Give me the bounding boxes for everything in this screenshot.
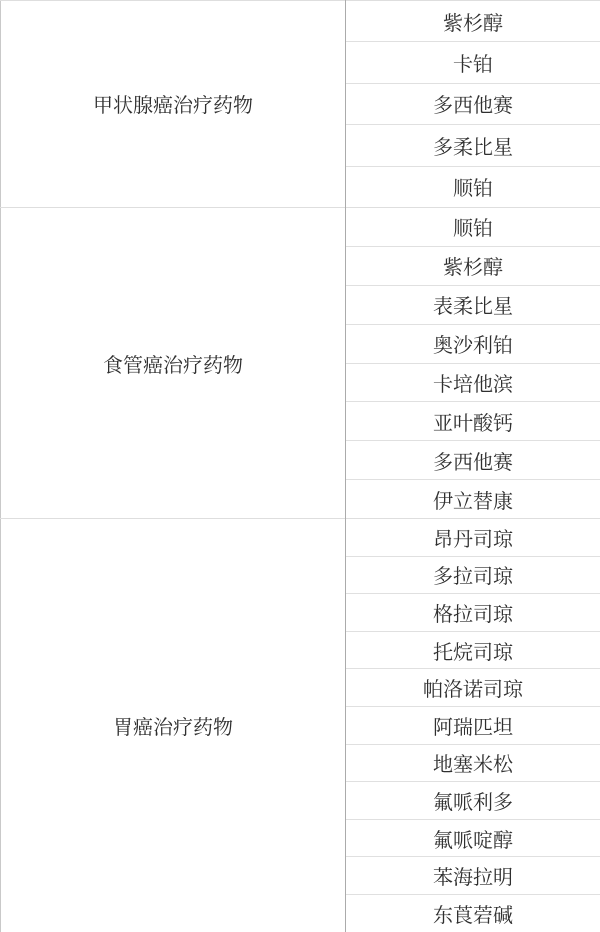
drug-cell: 紫杉醇 xyxy=(346,246,600,285)
drug-cell: 氟哌利多 xyxy=(346,782,600,820)
drug-cell: 阿瑞匹坦 xyxy=(346,707,600,745)
table-row: 食管癌治疗药物顺铂 xyxy=(1,207,600,246)
drug-cell: 顺铂 xyxy=(346,166,600,207)
drug-cell: 苯海拉明 xyxy=(346,857,600,895)
drug-cell: 卡培他滨 xyxy=(346,363,600,402)
drug-cell: 紫杉醇 xyxy=(346,1,600,42)
drug-cell: 卡铂 xyxy=(346,42,600,83)
drug-cell: 帕洛诺司琼 xyxy=(346,669,600,707)
category-cell: 胃癌治疗药物 xyxy=(1,519,346,932)
drug-cell: 表柔比星 xyxy=(346,285,600,324)
drug-cell: 氟哌啶醇 xyxy=(346,819,600,857)
drug-cell: 多西他赛 xyxy=(346,83,600,124)
drug-cell: 昂丹司琼 xyxy=(346,519,600,557)
category-cell: 甲状腺癌治疗药物 xyxy=(1,1,346,208)
drug-cell: 顺铂 xyxy=(346,207,600,246)
drug-cell: 多拉司琼 xyxy=(346,556,600,594)
drug-cell: 奥沙利铂 xyxy=(346,324,600,363)
drug-table-body: 甲状腺癌治疗药物紫杉醇卡铂多西他赛多柔比星顺铂食管癌治疗药物顺铂紫杉醇表柔比星奥… xyxy=(1,1,600,932)
drug-cell: 东莨菪碱 xyxy=(346,895,600,932)
table-row: 甲状腺癌治疗药物紫杉醇 xyxy=(1,1,600,42)
page: 甲状腺癌治疗药物紫杉醇卡铂多西他赛多柔比星顺铂食管癌治疗药物顺铂紫杉醇表柔比星奥… xyxy=(0,0,600,932)
drug-cell: 格拉司琼 xyxy=(346,594,600,632)
category-cell: 食管癌治疗药物 xyxy=(1,207,346,518)
drug-cell: 地塞米松 xyxy=(346,744,600,782)
drug-cell: 多柔比星 xyxy=(346,125,600,166)
drug-cell: 亚叶酸钙 xyxy=(346,402,600,441)
drug-table: 甲状腺癌治疗药物紫杉醇卡铂多西他赛多柔比星顺铂食管癌治疗药物顺铂紫杉醇表柔比星奥… xyxy=(0,0,600,932)
table-row: 胃癌治疗药物昂丹司琼 xyxy=(1,519,600,557)
drug-cell: 伊立替康 xyxy=(346,480,600,519)
drug-cell: 托烷司琼 xyxy=(346,631,600,669)
drug-cell: 多西他赛 xyxy=(346,441,600,480)
